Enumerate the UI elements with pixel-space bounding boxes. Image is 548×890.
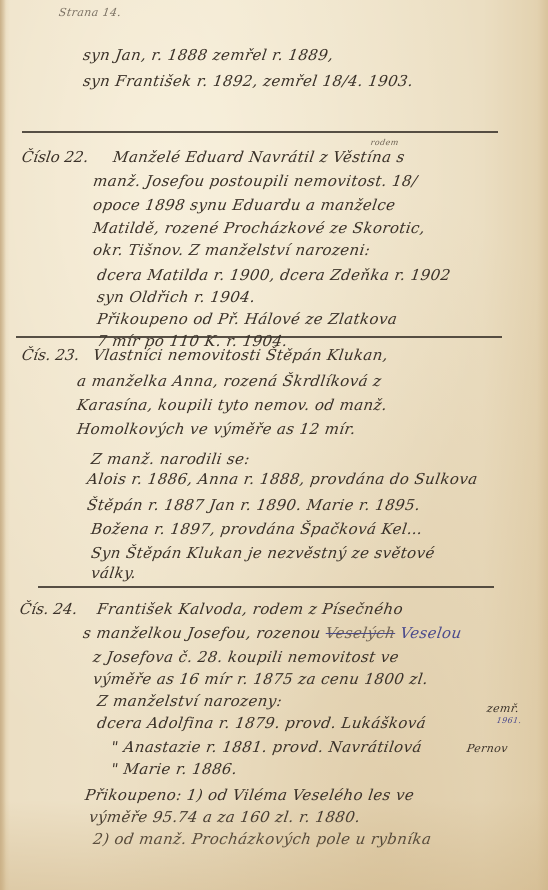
entry-24-line-1: František Kalvoda, rodem z Písečného (96, 600, 404, 618)
continuation-line-1: syn Jan, r. 1888 zemřel r. 1889, (82, 46, 335, 64)
entry-24-line-2: s manželkou Josefou, rozenou Veselých Ve… (82, 624, 463, 642)
entry-22-line-8: Přikoupeno od Př. Hálové ze Zlatkova (96, 310, 399, 328)
entry-22-insertion: rodem (370, 138, 399, 147)
entry-24-line-4: výměře as 16 mír r. 1875 za cenu 1800 zl… (92, 670, 429, 688)
entry-24-line-11: 2) od manž. Procházkových pole u rybníka (92, 830, 433, 848)
entry-24-line-6: dcera Adolfina r. 1879. provd. Lukášková (96, 714, 427, 732)
blue-correction: Veselou (399, 624, 463, 642)
entry-24-line-3: z Josefova č. 28. koupili nemovitost ve (92, 648, 400, 666)
entry-22-line-2: manž. Josefou postoupili nemovitost. 18/ (92, 172, 419, 190)
entry-23-line-3: Karasína, koupili tyto nemov. od manž. (76, 396, 388, 414)
entry-24-line-9: Přikoupeno: 1) od Viléma Veselého les ve (84, 786, 415, 804)
entry-22-line-3: opoce 1898 synu Eduardu a manželce (92, 196, 397, 214)
entry-23-line-6: Z manž. narodili se: (90, 450, 251, 468)
entry-22-line-4: Matildě, rozené Procházkové ze Skorotic, (92, 219, 426, 237)
entry-23-line-10: Syn Štěpán Klukan je nezvěstný ze světov… (90, 544, 436, 562)
section-divider (22, 131, 498, 133)
continuation-line-2: syn František r. 1892, zemřel 18/4. 1903… (82, 72, 415, 90)
entry-23-line-9: Božena r. 1897, provdána Špačková Kel… (90, 520, 424, 538)
entry-23-line-1: Vlastníci nemovitosti Štěpán Klukan, (92, 346, 389, 364)
entry-22-line-1: Manželé Eduard Navrátil z Věstína s (112, 148, 406, 166)
entry-23-number: Čís. 23. (21, 346, 81, 364)
struck-surname: Veselých (325, 624, 397, 642)
entry-24-line-2-text: s manželkou Josefou, rozenou (82, 624, 322, 642)
entry-22-line-7: syn Oldřich r. 1904. (96, 288, 257, 306)
entry-22-number: Číslo 22. (21, 148, 90, 166)
margin-note-died: zemř. (486, 702, 520, 715)
entry-23-line-4: Homolkových ve výměře as 12 mír. (76, 420, 357, 438)
entry-22-line-6: dcera Matilda r. 1900, dcera Zdeňka r. 1… (96, 266, 452, 284)
entry-22-line-5: okr. Tišnov. Z manželství narozeni: (92, 241, 372, 259)
entry-23-line-7: Alois r. 1886, Anna r. 1888, provdána do… (86, 470, 479, 488)
entry-23-line-2: a manželka Anna, rozená Škrdlíková z (76, 372, 383, 390)
entry-24-line-8: " Marie r. 1886. (110, 760, 239, 778)
entry-23-line-11: války. (90, 564, 137, 582)
page-number: Strana 14. (58, 6, 122, 19)
margin-note-year: 1961. (496, 716, 522, 725)
section-divider (38, 586, 494, 588)
entry-24-line-7: " Anastazie r. 1881. provd. Navrátilová (110, 738, 423, 756)
entry-24-line-5: Z manželství narozeny: (96, 692, 283, 710)
entry-24-number: Čís. 24. (19, 600, 79, 618)
section-divider (16, 336, 502, 338)
entry-23-line-8: Štěpán r. 1887 Jan r. 1890. Marie r. 189… (86, 496, 422, 514)
place-note: Pernov (466, 742, 509, 755)
ledger-page: Strana 14. syn Jan, r. 1888 zemřel r. 18… (0, 0, 548, 890)
entry-24-line-10: výměře 95.74 a za 160 zl. r. 1880. (88, 808, 362, 826)
